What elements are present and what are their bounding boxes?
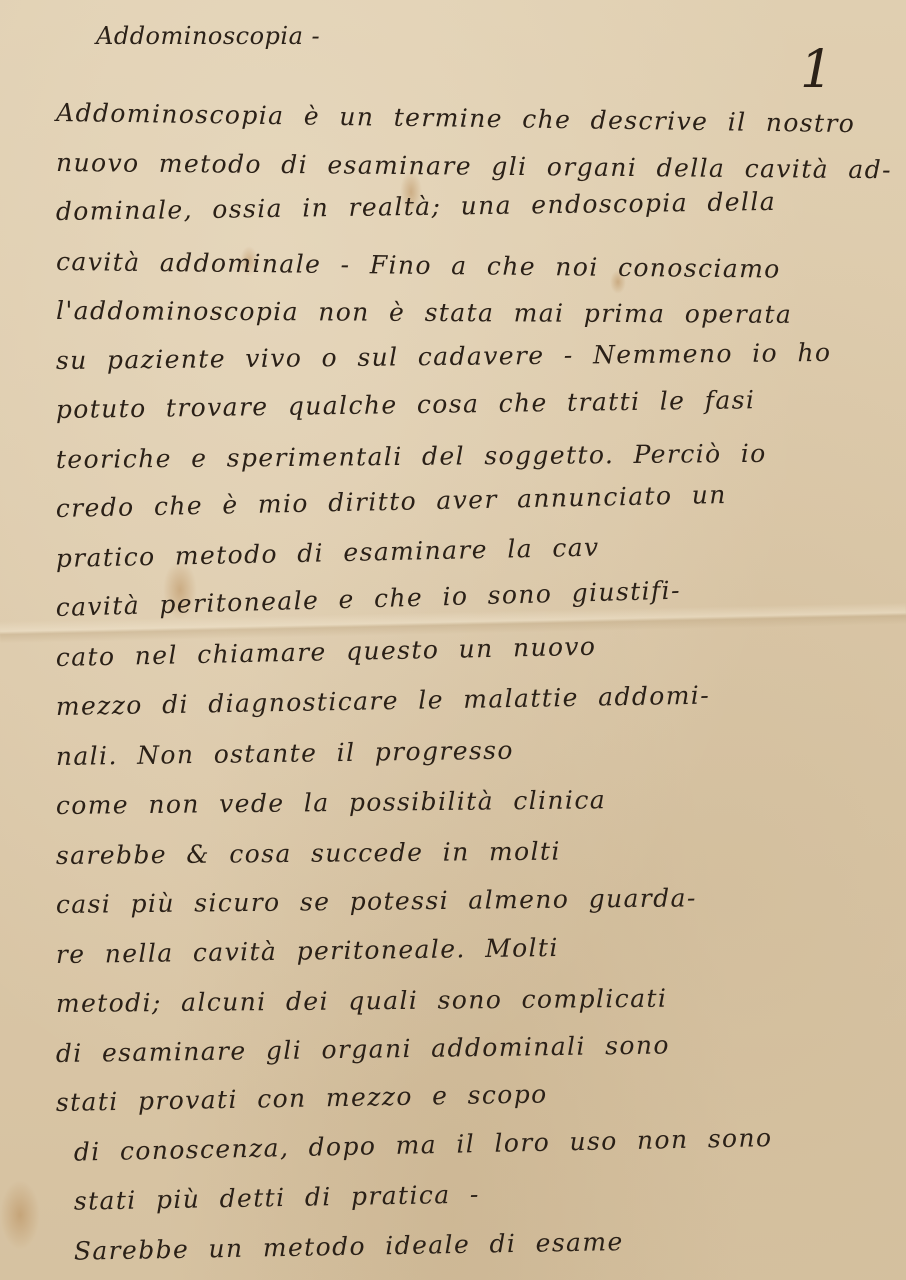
paper-stain	[0, 1180, 40, 1250]
page-number: 1	[800, 40, 833, 100]
manuscript-page: Addominoscopia - 1 Addominoscopia è un t…	[0, 0, 906, 1280]
manuscript-line: come non vede la possibilità clinica	[56, 782, 886, 840]
manuscript-title: Addominoscopia -	[96, 22, 320, 50]
manuscript-line: dominale, ossia in realtà; una endoscopi…	[56, 185, 887, 246]
manuscript-line: potuto trovare qualche cosa che tratti l…	[56, 383, 887, 444]
manuscript-line: sarebbe & cosa succede in molti	[56, 833, 886, 890]
manuscript-body: Addominoscopia è un termine che descrive…	[56, 98, 886, 1280]
